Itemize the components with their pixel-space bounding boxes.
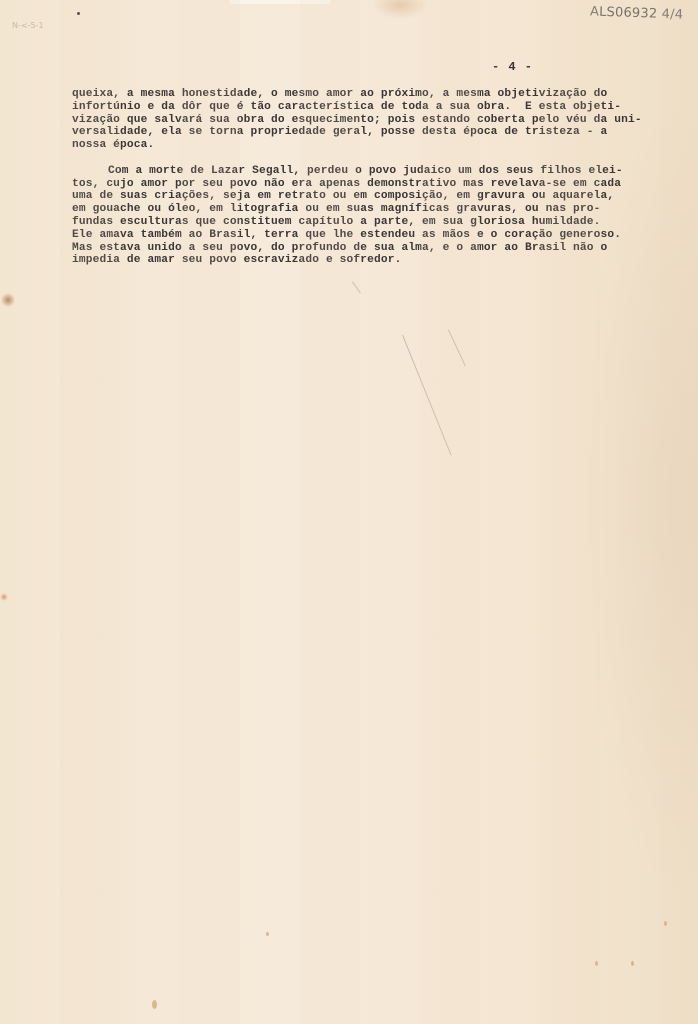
text-line: em gouache ou óleo, em litografia ou em … — [72, 203, 672, 216]
corner-note: N-<-5-1 — [12, 21, 44, 30]
text-line: uma de suas criações, seja em retrato ou… — [72, 190, 672, 203]
text-line: infortúnio e da dôr que é tão caracterís… — [72, 101, 672, 114]
text-line: versalidade, ela se torna propriedade ge… — [72, 126, 672, 139]
text-line: impedia de amar seu povo escravizado e s… — [72, 254, 672, 267]
ink-dot — [77, 12, 80, 15]
text-line: tos, cujo amor por seu povo não era apen… — [72, 178, 672, 191]
paper-crease — [448, 330, 466, 367]
paper-tear — [230, 0, 330, 4]
text-line: Mas estava unido a seu povo, do profundo… — [72, 242, 672, 255]
page-number: - 4 - — [492, 60, 533, 74]
paragraph-1: queixa, a mesma honestidade, o mesmo amo… — [72, 88, 672, 152]
text-line: Ele amava também ao Brasil, terra que lh… — [72, 229, 672, 242]
body-text: queixa, a mesma honestidade, o mesmo amo… — [72, 88, 672, 267]
stain-speck — [664, 921, 667, 926]
text-line: Com a morte de Lazar Segall, perdeu o po… — [72, 165, 672, 178]
text-line: vização que salvará sua obra do esquecim… — [72, 114, 672, 127]
paper-crease — [352, 281, 361, 293]
document-page: N-<-5-1 ALS06932 4/4 - 4 - queixa, a mes… — [0, 0, 698, 1024]
text-line: queixa, a mesma honestidade, o mesmo amo… — [72, 88, 672, 101]
text-line: nossa época. — [72, 139, 672, 152]
archive-id: ALS06932 4/4 — [590, 4, 684, 22]
text-line: fundas esculturas que constituem capítul… — [72, 216, 672, 229]
stain-speck — [631, 961, 634, 966]
paragraph-2: Com a morte de Lazar Segall, perdeu o po… — [72, 165, 672, 267]
stain-speck — [595, 961, 598, 966]
stain-speck — [152, 1000, 157, 1009]
paper-crease — [402, 335, 452, 456]
stain-speck — [266, 932, 269, 936]
